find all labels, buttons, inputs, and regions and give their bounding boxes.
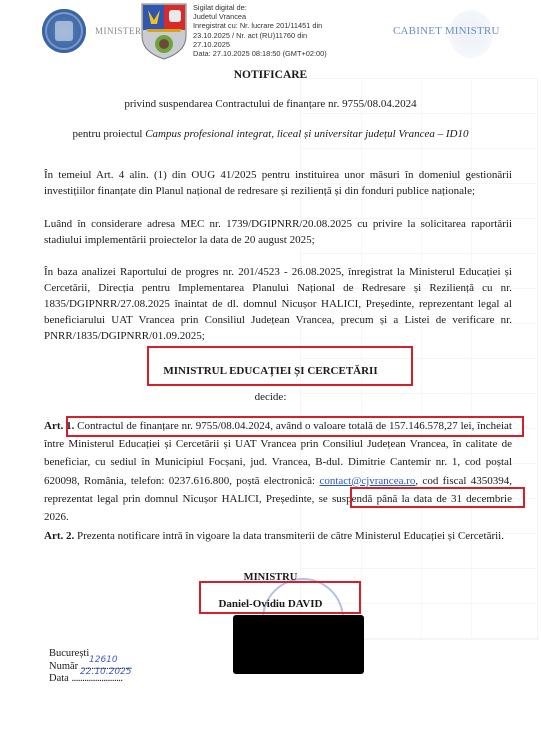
article-2-text: Prezenta notificare intră în vigoare la … bbox=[74, 530, 504, 542]
handwritten-number: 12610 bbox=[89, 655, 118, 665]
article-2-label: Art. 2. bbox=[44, 530, 74, 542]
seal-line: 23.10.2025 / Nr. act (RU)11760 din bbox=[193, 31, 327, 40]
redacted-signature bbox=[233, 615, 364, 674]
vrancea-crest-icon bbox=[140, 2, 188, 60]
document-title: NOTIFICARE bbox=[0, 69, 541, 81]
decide-label: decide: bbox=[0, 391, 541, 403]
date-label: Data bbox=[49, 673, 69, 684]
project-line: pentru proiectul Campus profesional inte… bbox=[0, 128, 541, 140]
highlight-issuer bbox=[147, 346, 413, 386]
cabinet-label: CABINET MINISTRU bbox=[393, 25, 500, 37]
seal-line: Data: 27.10.2025 08:18:50 (GMT+02:00) bbox=[193, 49, 327, 58]
legal-basis-paragraph: În temeiul Art. 4 alin. (1) din OUG 41/2… bbox=[44, 167, 512, 199]
seal-line: Judetul Vrancea bbox=[193, 12, 327, 21]
digital-seal-text: Sigilat digital de: Judetul Vrancea Inre… bbox=[193, 3, 327, 58]
email-link[interactable]: contact@cjvrancea.ro bbox=[319, 475, 415, 487]
project-prefix: pentru proiectul bbox=[73, 128, 146, 140]
handwritten-date: 22.10.2025 bbox=[80, 667, 132, 677]
seal-line: 27.10.2025 bbox=[193, 40, 327, 49]
seal-line: Inregistrat cu: Nr. lucrare 201/11451 di… bbox=[193, 21, 327, 30]
seal-line: Sigilat digital de: bbox=[193, 3, 327, 12]
number-label: Număr bbox=[49, 661, 78, 672]
highlight-signatory bbox=[199, 581, 361, 614]
project-name: Campus profesional integrat, liceal și u… bbox=[145, 128, 468, 140]
analysis-paragraph: În baza analizei Raportului de progres n… bbox=[44, 264, 512, 344]
article-2: Art. 2. Prezenta notificare intră în vig… bbox=[44, 527, 512, 545]
considering-paragraph: Luând în considerare adresa MEC nr. 1739… bbox=[44, 216, 512, 248]
letterhead: MINISTER Sigilat digital de: Judetul Vra… bbox=[0, 0, 541, 66]
document-subtitle: privind suspendarea Contractului de fina… bbox=[0, 98, 541, 110]
highlight-contract-value bbox=[66, 416, 524, 437]
government-seal-icon bbox=[42, 9, 86, 53]
highlight-suspension bbox=[350, 487, 525, 508]
ministry-label: MINISTER bbox=[95, 26, 142, 36]
